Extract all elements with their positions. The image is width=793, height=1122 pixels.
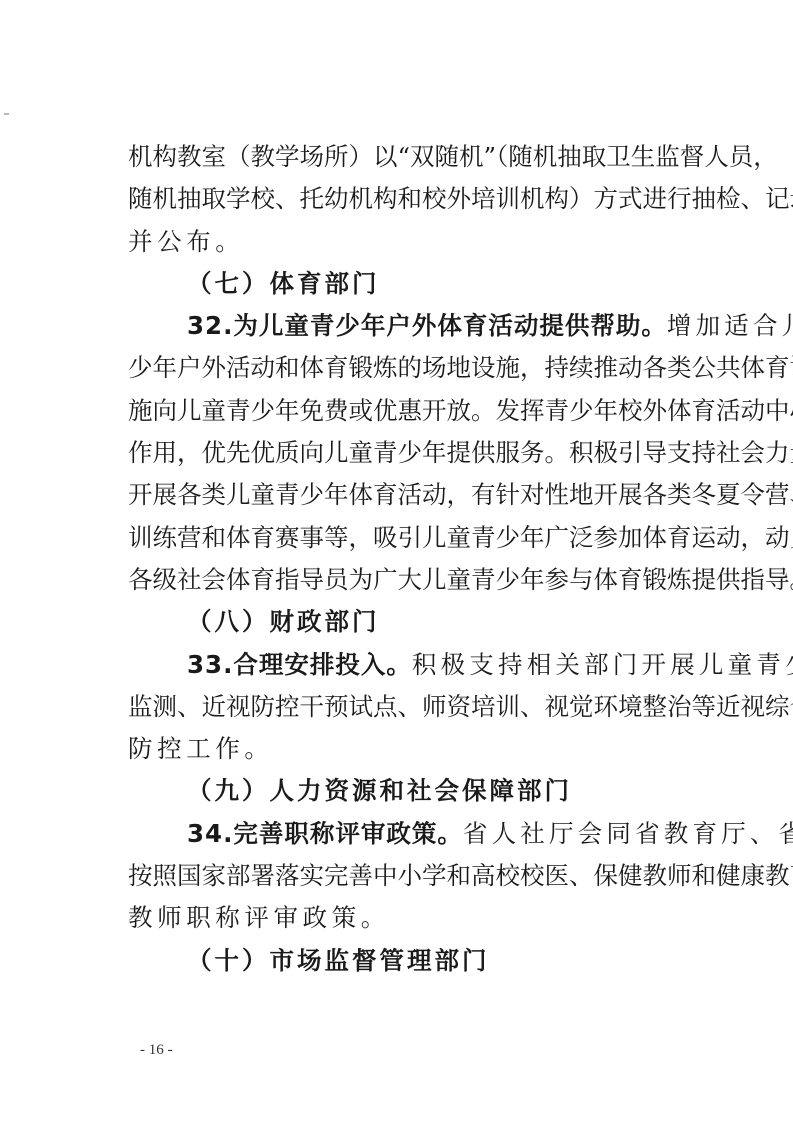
scan-speck (4, 113, 9, 115)
item-body: 省人社厅会同省教育厅、省卫健委 (463, 819, 793, 848)
paragraph-line: 监测、近视防控干预试点、师资培训、视觉环境整治等近视综合 (128, 686, 722, 728)
paragraph-line: 各级社会体育指导员为广大儿童青少年参与体育锻炼提供指导。 (128, 559, 722, 601)
paragraph-line: 机构教室（教学场所）以“双随机”（随机抽取卫生监督人员， (128, 136, 722, 178)
item-title: 34.完善职称评审政策。 (187, 819, 463, 848)
item-body: 积极支持相关部门开展儿童青少年视力 (412, 650, 793, 679)
paragraph-line: 并公布。 (128, 221, 722, 263)
paragraph-line: 开展各类儿童青少年体育活动，有针对性地开展各类冬夏令营、 (128, 474, 722, 516)
paragraph-line: 训练营和体育赛事等，吸引儿童青少年广泛参加体育运动，动员 (128, 517, 722, 559)
paragraph-line: 施向儿童青少年免费或优惠开放。发挥青少年校外体育活动中心 (128, 390, 722, 432)
paragraph-line: 作用，优先优质向儿童青少年提供服务。积极引导支持社会力量 (128, 432, 722, 474)
section-heading: （八）财政部门 (128, 601, 722, 643)
paragraph-line: 按照国家部署落实完善中小学和高校校医、保健教师和健康教育 (128, 855, 722, 897)
page-number: - 16 - (140, 1042, 173, 1059)
item-first-line: 33.合理安排投入。积极支持相关部门开展儿童青少年视力 (128, 644, 722, 686)
section-heading: （九）人力资源和社会保障部门 (128, 770, 722, 812)
paragraph-line: 教师职称评审政策。 (128, 897, 722, 939)
item-first-line: 34.完善职称评审政策。省人社厅会同省教育厅、省卫健委 (128, 813, 722, 855)
document-page: 机构教室（教学场所）以“双随机”（随机抽取卫生监督人员， 随机抽取学校、托幼机构… (128, 136, 722, 982)
item-first-line: 32.为儿童青少年户外体育活动提供帮助。增加适合儿童青 (128, 305, 722, 347)
section-heading: （十）市场监督管理部门 (128, 940, 722, 982)
paragraph-line: 随机抽取学校、托幼机构和校外培训机构）方式进行抽检、记录 (128, 178, 722, 220)
item-title: 33.合理安排投入。 (187, 650, 412, 679)
paragraph-line: 少年户外活动和体育锻炼的场地设施，持续推动各类公共体育设 (128, 347, 722, 389)
item-body: 增加适合儿童青 (667, 311, 793, 340)
paragraph-line: 防控工作。 (128, 728, 722, 770)
item-title: 32.为儿童青少年户外体育活动提供帮助。 (187, 311, 667, 340)
section-heading: （七）体育部门 (128, 263, 722, 305)
